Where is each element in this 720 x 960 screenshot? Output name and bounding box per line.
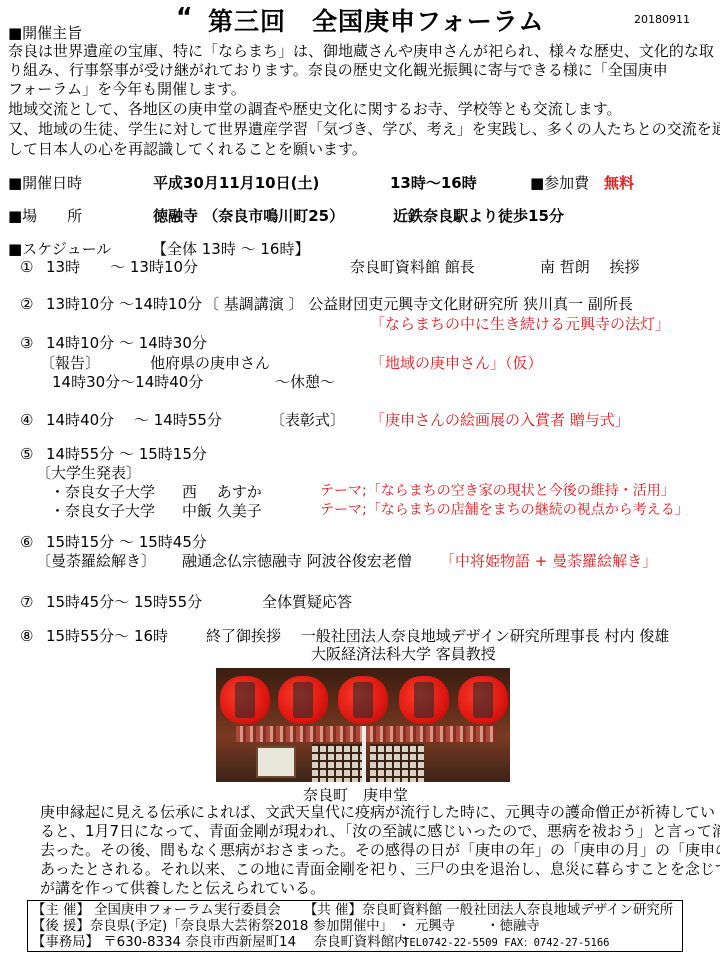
lattice-door <box>312 744 366 782</box>
schedule-item-time: 14時10分 〜 14時30分 <box>46 334 207 352</box>
legend-line: 庚申縁起に見える伝承によれば、文武天皇代に疫病が流行した時に、元興寺の護命僧正が… <box>40 803 715 821</box>
page-title: 第三回 全国庚申フォーラム <box>208 2 545 38</box>
legend-line: あったとされる。それ以来、この地に青面金剛を祀り、三尸の虫を退治し、息災に暮らす… <box>40 860 720 878</box>
fee-label: ■参加費 <box>530 174 589 192</box>
schedule-item-time: 15時45分〜 15時55分 <box>46 593 202 611</box>
presenter-school: ・奈良女子大学 <box>50 502 155 520</box>
contact-phone-fax: TEL0742-22-5509 FAX：0742-27-5166 <box>403 936 609 950</box>
date-label: ■開催日時 <box>8 174 82 192</box>
schedule-item-sublabel: 〔大学生発表〕 <box>36 464 141 482</box>
schedule-item-title: 「地域の庚申さん」（仮） <box>370 354 543 372</box>
organizer: 【主 催】 全国庚申フォーラム実行委員会 <box>32 902 281 919</box>
schedule-item-speaker: 南 哲朗 挨拶 <box>540 258 640 276</box>
presenter-name: 西 あすか <box>182 483 262 501</box>
purpose-line: フォーラム」を今年も開催します。 <box>8 80 246 98</box>
charm-decorations <box>236 726 496 742</box>
schedule-item-detail: 〔 基調講演 〕 公益財団吏元興寺文化財研究所 狭川真一 副所長 <box>204 295 633 313</box>
schedule-item-subdetail: 融通念仏宗徳融寺 阿波谷俊宏老僧 <box>182 552 412 570</box>
venue-label: ■場 所 <box>8 207 82 225</box>
quote-mark: “ <box>176 2 193 31</box>
purpose-line: 地域交流として、各地区の庚申堂の調査や歴史文化に関するお寺、学校等とも交流します… <box>8 100 622 118</box>
sponsors: 【後 援】奈良県(予定)「奈良県大芸術祭2018 参加開催中」 ・ 元興寺 ・徳… <box>32 918 540 935</box>
photo-caption: 奈良町 庚申堂 <box>303 786 408 804</box>
break-label: 〜休憩〜 <box>275 373 335 391</box>
schedule-item-sublabel: 〔報告〕 <box>40 354 100 372</box>
schedule-item-number: ④ <box>20 411 33 429</box>
schedule-item-number: ② <box>20 295 33 313</box>
schedule-item-title: 「ならまちの中に生き続ける元興寺の法灯」 <box>370 315 670 333</box>
lantern-icon <box>399 676 449 724</box>
schedule-item-detail-secondary: 大阪経済法科大学 客員教授 <box>311 645 496 663</box>
schedule-item-time: 13時10分 〜14時10分 <box>46 295 202 313</box>
schedule-item-time: 15時55分〜 16時 <box>46 627 168 645</box>
schedule-item-number: ⑥ <box>20 533 33 551</box>
fee-value: 無料 <box>604 174 634 192</box>
schedule-item-title: 「中将姫物語 + 曼荼羅絵解き」 <box>440 552 657 570</box>
lantern-icon <box>458 676 508 724</box>
schedule-heading: ■スケジュール <box>8 240 111 258</box>
lantern-icon <box>220 676 270 724</box>
koshindo-photo <box>216 668 510 782</box>
legend-line: ると、1月7日になって、青面金剛が現われ、「汝の至誠に感じいったので、悪病を祓お… <box>40 822 720 840</box>
purpose-line: 奈良は世界遺産の宝庫、特に「ならまち」は、御地蔵さんや庚申さんが祀られ、様々な歴… <box>8 42 714 60</box>
document-code: 20180911 <box>634 13 690 26</box>
schedule-item-time: 14時55分 〜 15時15分 <box>46 445 207 463</box>
schedule-item-detail: 奈良町資料館 館長 <box>350 258 475 276</box>
white-post <box>362 726 366 782</box>
purpose-line: り組み、行事祭事が受け継がれております。奈良の歴史文化観光振興に寄与できる様に「… <box>8 61 668 79</box>
schedule-item-detail: 全体質疑応答 <box>262 593 352 611</box>
lantern-icon <box>278 676 328 724</box>
schedule-item-sublabel: 〔表彰式〕 <box>270 411 345 429</box>
time-value: 13時〜16時 <box>390 174 477 192</box>
lattice-door <box>370 744 424 782</box>
schedule-item-number: ⑧ <box>20 627 33 645</box>
presenter-school: ・奈良女子大学 <box>50 483 155 501</box>
presenter-name: 中飯 久美子 <box>182 502 262 520</box>
schedule-item-number: ① <box>20 258 33 276</box>
wooden-plaque <box>256 746 296 778</box>
presenter-theme: テーマ;「ならまちの空き家の現状と今後の維持・活用」 <box>320 483 675 500</box>
schedule-item-number: ③ <box>20 334 33 352</box>
legend-line: 去った。その後、間もなく悪病がおさまった。その感得の日が「庚申の年」の「庚申の月… <box>40 841 720 859</box>
purpose-line: して日本人の心を再認識してくれることを願います。 <box>8 140 367 158</box>
schedule-item-time: 14時40分 〜 14時55分 <box>46 411 222 429</box>
access-value: 近鉄奈良駅より徒歩15分 <box>393 207 564 225</box>
secretariat-address: 【事務局】 〒630-8334 奈良市西新屋町14 奈良町資料館内 <box>32 934 407 951</box>
break-time: 14時30分〜14時40分 <box>52 373 203 391</box>
lantern-icon <box>338 676 388 724</box>
venue-value: 徳融寺 （奈良市鳴川町25） <box>153 207 344 225</box>
schedule-overall: 【全体 13時 〜 16時】 <box>152 240 309 258</box>
schedule-item-title: 「庚申さんの絵画展の入賞者 贈与式」 <box>370 411 630 429</box>
date-value: 平成30月11月10日(土) <box>153 174 319 192</box>
schedule-item-number: ⑦ <box>20 593 33 611</box>
schedule-item-sublabel: 〔曼荼羅絵解き〕 <box>36 552 156 570</box>
schedule-item-time: 13時 〜 13時10分 <box>46 258 198 276</box>
schedule-item-detail: 終了御挨拶 一般社団法人奈良地域デザイン研究所理事長 村内 俊雄 <box>206 627 669 645</box>
presenter-theme: テーマ;「ならまちの店舗をまちの継続の視点から考える」 <box>320 502 689 519</box>
schedule-item-time: 15時15分 〜 15時45分 <box>46 533 207 551</box>
purpose-heading: ■開催主旨 <box>8 24 82 42</box>
schedule-item-subdetail: 他府県の庚申さん <box>150 354 270 372</box>
purpose-line: 又、地域の生徒、学生に対して世界遺産学習「気づき、学び、考え」を実践し、多くの人… <box>8 120 720 138</box>
legend-line: が講を作って供養したと伝えられている。 <box>40 879 325 897</box>
co-organizer: 【共 催】奈良町資料館 一般社団法人奈良地域デザイン研究所 <box>304 902 673 919</box>
schedule-item-number: ⑤ <box>20 445 33 463</box>
